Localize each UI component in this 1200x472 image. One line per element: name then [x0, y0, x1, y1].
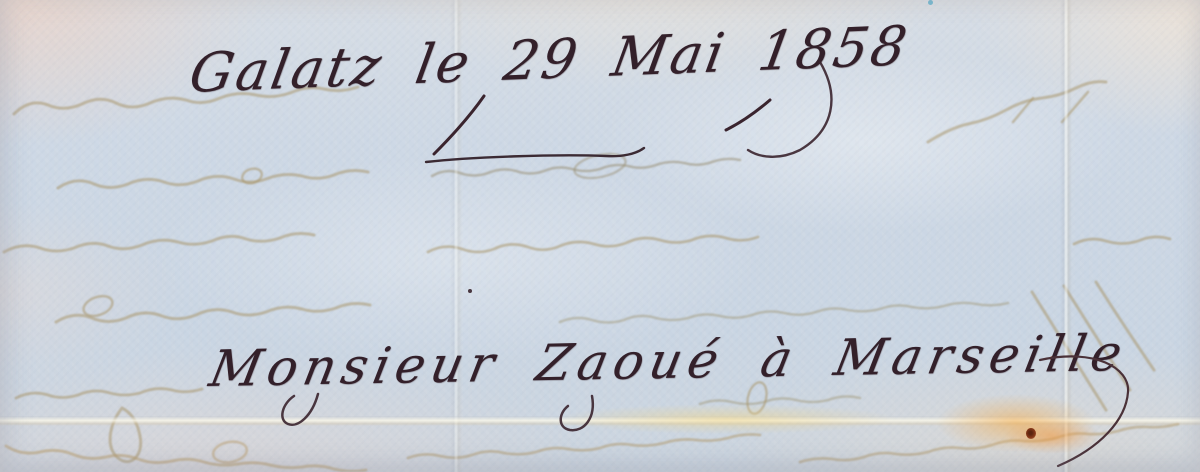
zaoue-descender-loop [561, 396, 593, 430]
ink-flourish-layer [0, 0, 1200, 472]
marseille-paraph-tail [1040, 356, 1128, 466]
letter-scan: Galatz le 29 Mai 1858 Monsieur Zaoué à M… [0, 0, 1200, 472]
numeral-descender-stroke [434, 96, 484, 154]
mai-descender-stroke [726, 100, 770, 130]
dateline-underline-stroke [426, 148, 644, 162]
monsieur-descender-loop [282, 394, 318, 425]
